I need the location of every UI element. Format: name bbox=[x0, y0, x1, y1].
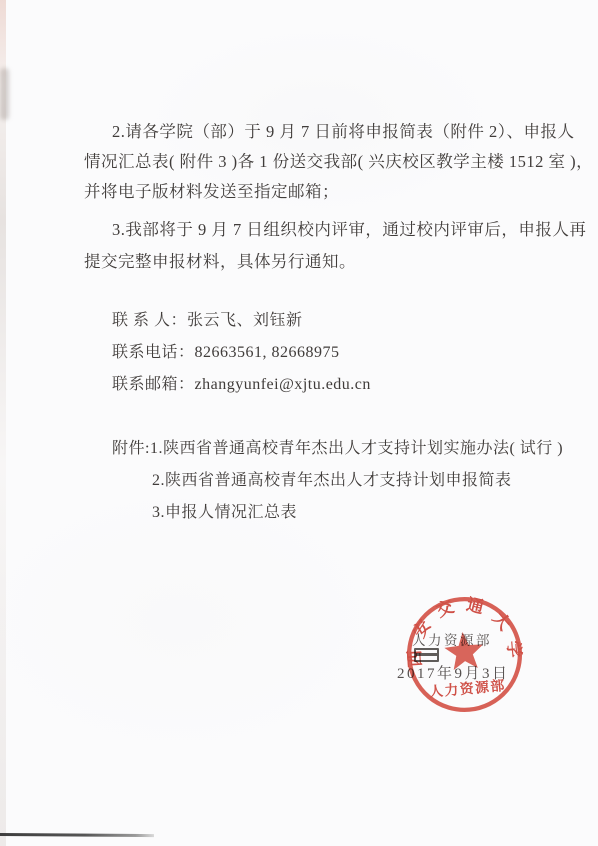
paragraph-2-line-3: 并将电子版材料发送至指定邮箱； bbox=[84, 181, 339, 203]
document-page: 2.请各学院（部）于 9 月 7 日前将申报简表（附件 2）、申报人 情况汇总表… bbox=[0, 0, 598, 846]
paragraph-3-line-1: 3.我部将于 9 月 7 日组织校内评审，通过校内评审后，申报人再 bbox=[112, 219, 586, 241]
attachment-item-1: 附件:1.陕西省普通高校青年杰出人才支持计划实施办法( 试行 ) bbox=[112, 438, 563, 460]
scan-edge-left bbox=[0, 0, 6, 846]
seal-department-name: 人力资源部 bbox=[428, 677, 506, 700]
paragraph-2-line-1: 2.请各学院（部）于 9 月 7 日前将申报简表（附件 2）、申报人 bbox=[112, 121, 575, 143]
paragraph-2-line-2: 情况汇总表( 附件 3 )各 1 份送交我部( 兴庆校区教学主楼 1512 室 … bbox=[84, 151, 593, 173]
seal-star-icon bbox=[443, 630, 485, 670]
scan-edge-smudge bbox=[0, 68, 9, 120]
contact-email: 联系邮箱：zhangyunfei@xjtu.edu.cn bbox=[112, 374, 371, 396]
scan-edge-bottom-line bbox=[0, 833, 154, 837]
attachment-item-2: 2.陕西省普通高校青年杰出人才支持计划申报简表 bbox=[152, 470, 512, 492]
university-seal-icon: 西安交通大学 人力资源部 bbox=[399, 589, 530, 720]
attachment-item-3: 3.申报人情况汇总表 bbox=[152, 502, 297, 524]
contact-person: 联 系 人：张云飞、刘钰新 bbox=[112, 310, 303, 332]
contact-phone: 联系电话：82663561, 82668975 bbox=[112, 342, 340, 364]
paragraph-3-line-2: 提交完整申报材料，具体另行通知。 bbox=[84, 251, 356, 273]
